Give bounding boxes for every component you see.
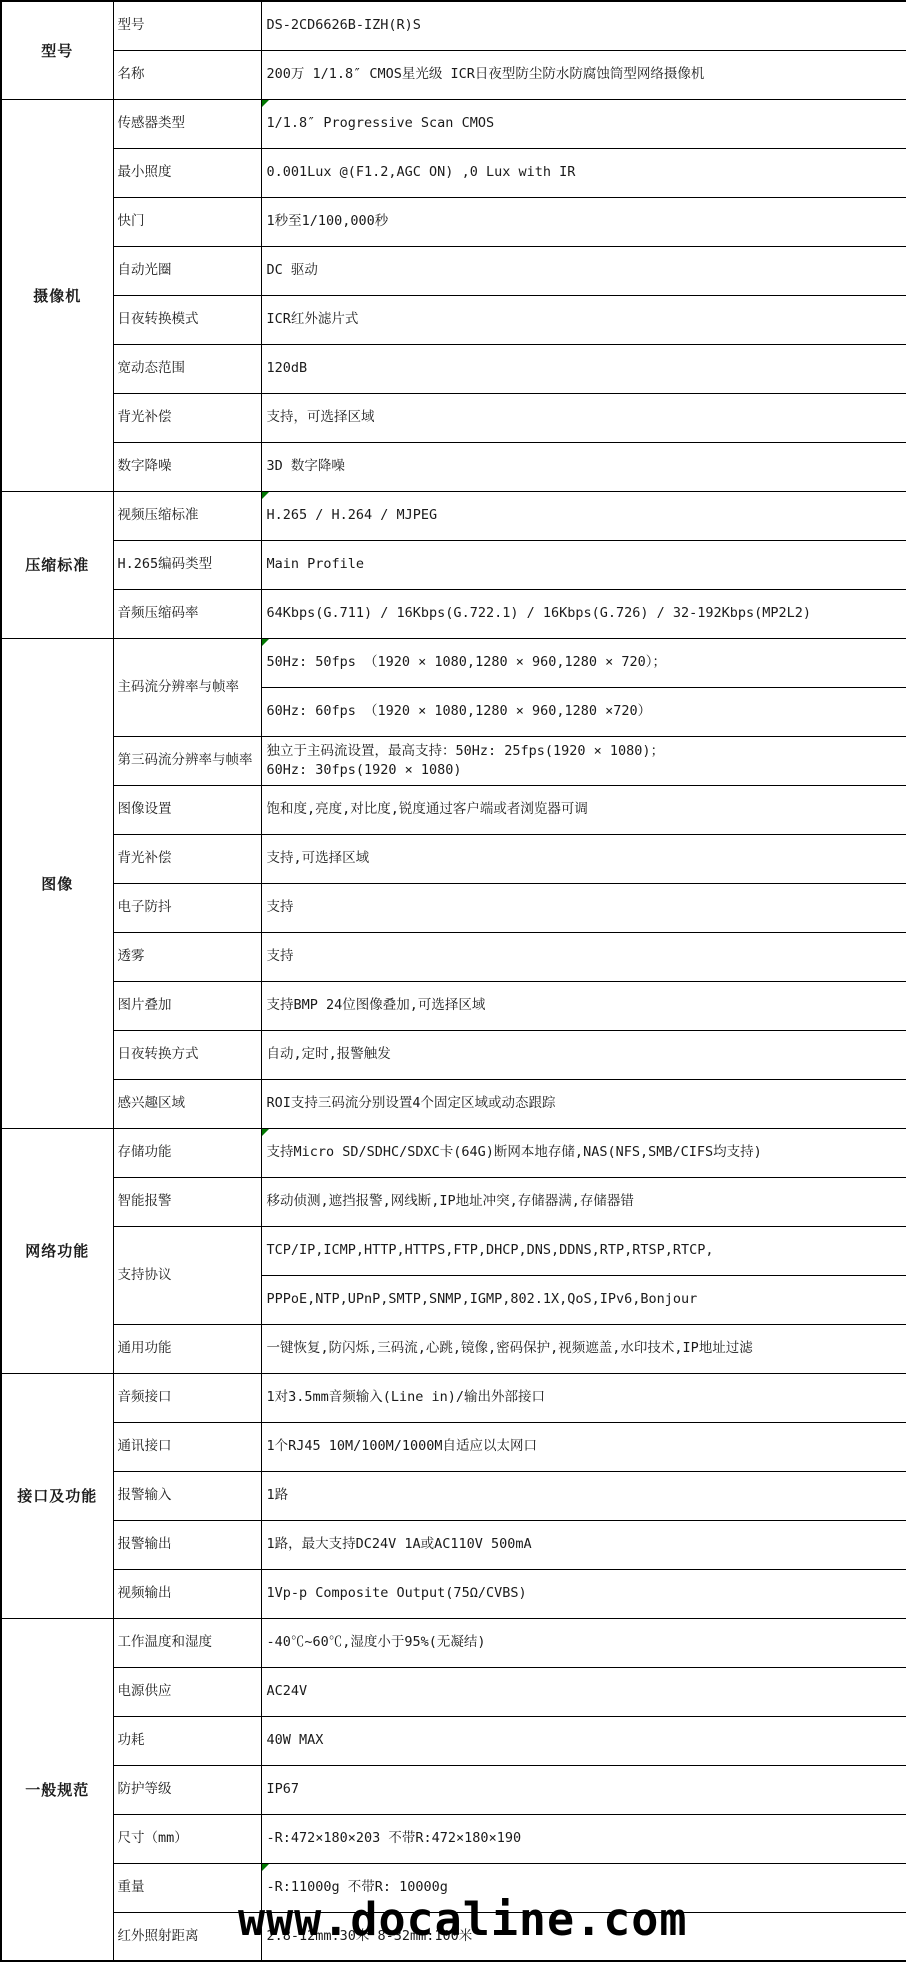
table-row: 日夜转换模式ICR红外滤片式 — [1, 295, 906, 344]
spec-value-cell: 独立于主码流设置，最高支持：50Hz: 25fps(1920 × 1080)；6… — [261, 736, 906, 785]
table-row: 尺寸（mm）-R:472×180×203 不带R:472×180×190 — [1, 1814, 906, 1863]
spec-value-text: 移动侦测,遮挡报警,网线断,IP地址冲突,存储器满,存储器错 — [267, 1192, 904, 1211]
spec-value-cell: H.265 / H.264 / MJPEG — [261, 491, 906, 540]
table-row: 压缩标准视频压缩标准H.265 / H.264 / MJPEG — [1, 491, 906, 540]
spec-value-cell: 支持 — [261, 932, 906, 981]
spec-table: 型号型号DS-2CD6626B-IZH(R)S名称200万 1/1.8″ CMO… — [0, 0, 906, 1962]
spec-category-cell: 接口及功能 — [1, 1373, 113, 1618]
spec-label-cell: 传感器类型 — [113, 99, 261, 148]
spec-value-cell: 支持 — [261, 883, 906, 932]
table-row: 接口及功能音频接口1对3.5mm音频输入(Line in)/输出外部接口 — [1, 1373, 906, 1422]
spec-value-cell: 1秒至1/100,000秒 — [261, 197, 906, 246]
spec-value-cell: 50Hz: 50fps （1920 × 1080,1280 × 960,1280… — [261, 638, 906, 687]
spec-label-cell: 自动光圈 — [113, 246, 261, 295]
spec-value-text: ICR红外滤片式 — [267, 310, 904, 329]
spec-value-text: 1/1.8″ Progressive Scan CMOS — [267, 114, 904, 133]
spec-value-cell: 1路 — [261, 1471, 906, 1520]
spec-value-text: IP67 — [267, 1780, 904, 1799]
spec-label-cell: 图片叠加 — [113, 981, 261, 1030]
spec-value-text: 1秒至1/100,000秒 — [267, 212, 904, 231]
spec-value-cell: TCP/IP,ICMP,HTTP,HTTPS,FTP,DHCP,DNS,DDNS… — [261, 1226, 906, 1275]
table-row: 电源供应AC24V — [1, 1667, 906, 1716]
spec-label-cell: 型号 — [113, 1, 261, 50]
table-row: 自动光圈DC 驱动 — [1, 246, 906, 295]
spec-value-text: ROI支持三码流分别设置4个固定区域或动态跟踪 — [267, 1094, 904, 1113]
table-row: 通讯接口1个RJ45 10M/100M/1000M自适应以太网口 — [1, 1422, 906, 1471]
spec-value-cell: 自动,定时,报警触发 — [261, 1030, 906, 1079]
spec-value-text: 1对3.5mm音频输入(Line in)/输出外部接口 — [267, 1388, 904, 1407]
spec-value-cell: 支持Micro SD/SDHC/SDXC卡(64G)断网本地存储,NAS(NFS… — [261, 1128, 906, 1177]
table-row: 宽动态范围120dB — [1, 344, 906, 393]
spec-value-text: 支持 — [267, 898, 904, 917]
table-row: 报警输出1路，最大支持DC24V 1A或AC110V 500mA — [1, 1520, 906, 1569]
table-row: 型号型号DS-2CD6626B-IZH(R)S — [1, 1, 906, 50]
spec-label-cell: 通讯接口 — [113, 1422, 261, 1471]
spec-value-text: TCP/IP,ICMP,HTTP,HTTPS,FTP,DHCP,DNS,DDNS… — [267, 1241, 904, 1260]
table-row: 报警输入1路 — [1, 1471, 906, 1520]
spec-label-cell: 日夜转换模式 — [113, 295, 261, 344]
spec-value-text: 支持Micro SD/SDHC/SDXC卡(64G)断网本地存储,NAS(NFS… — [267, 1143, 904, 1162]
table-row: 摄像机传感器类型1/1.8″ Progressive Scan CMOS — [1, 99, 906, 148]
spec-label-cell: 报警输出 — [113, 1520, 261, 1569]
spec-value-text: 支持,可选择区域 — [267, 849, 904, 868]
spec-value-cell: DS-2CD6626B-IZH(R)S — [261, 1, 906, 50]
spec-label-cell: 感兴趣区域 — [113, 1079, 261, 1128]
spec-label-cell: 透雾 — [113, 932, 261, 981]
spec-value-text: 1Vp-p Composite Output(75Ω/CVBS) — [267, 1584, 904, 1603]
spec-value-text: 60Hz: 30fps(1920 × 1080) — [267, 761, 904, 780]
spec-value-cell: 一键恢复,防闪烁,三码流,心跳,镜像,密码保护,视频遮盖,水印技术,IP地址过滤 — [261, 1324, 906, 1373]
spec-label-cell: H.265编码类型 — [113, 540, 261, 589]
spec-value-cell: -40℃~60℃,湿度小于95%(无凝结) — [261, 1618, 906, 1667]
spec-value-text: 60Hz: 60fps （1920 × 1080,1280 × 960,1280… — [267, 702, 904, 721]
spec-value-text: DS-2CD6626B-IZH(R)S — [267, 16, 904, 35]
spec-label-cell: 电源供应 — [113, 1667, 261, 1716]
spec-value-text: 200万 1/1.8″ CMOS星光级 ICR日夜型防尘防水防腐蚀筒型网络摄像机 — [267, 65, 904, 84]
spec-value-text: -R:472×180×203 不带R:472×180×190 — [267, 1829, 904, 1848]
spec-label-cell: 通用功能 — [113, 1324, 261, 1373]
spec-label-cell: 数字降噪 — [113, 442, 261, 491]
spec-value-text: 支持 — [267, 947, 904, 966]
spec-value-text: 3D 数字降噪 — [267, 457, 904, 476]
table-row: 通用功能一键恢复,防闪烁,三码流,心跳,镜像,密码保护,视频遮盖,水印技术,IP… — [1, 1324, 906, 1373]
spec-value-text: Main Profile — [267, 555, 904, 574]
spec-label-cell: 视频压缩标准 — [113, 491, 261, 540]
spec-value-text: PPPoE,NTP,UPnP,SMTP,SNMP,IGMP,802.1X,QoS… — [267, 1290, 904, 1309]
cell-comment-marker-icon — [262, 492, 269, 499]
spec-label-cell: 支持协议 — [113, 1226, 261, 1324]
spec-value-cell: 1个RJ45 10M/100M/1000M自适应以太网口 — [261, 1422, 906, 1471]
spec-category-cell: 网络功能 — [1, 1128, 113, 1373]
spec-value-cell: AC24V — [261, 1667, 906, 1716]
spec-value-cell: 1对3.5mm音频输入(Line in)/输出外部接口 — [261, 1373, 906, 1422]
table-row: 视频输出1Vp-p Composite Output(75Ω/CVBS) — [1, 1569, 906, 1618]
spec-category-cell: 压缩标准 — [1, 491, 113, 638]
spec-value-text: 64Kbps(G.711) / 16Kbps(G.722.1) / 16Kbps… — [267, 604, 904, 623]
spec-value-text: 120dB — [267, 359, 904, 378]
table-row: 防护等级IP67 — [1, 1765, 906, 1814]
table-row: 最小照度0.001Lux @(F1.2,AGC ON) ,0 Lux with … — [1, 148, 906, 197]
spec-value-text: 1路，最大支持DC24V 1A或AC110V 500mA — [267, 1535, 904, 1554]
spec-label-cell: 宽动态范围 — [113, 344, 261, 393]
table-row: 背光补偿支持，可选择区域 — [1, 393, 906, 442]
table-row: 快门1秒至1/100,000秒 — [1, 197, 906, 246]
spec-value-text: 支持BMP 24位图像叠加,可选择区域 — [267, 996, 904, 1015]
spec-label-cell: 尺寸（mm） — [113, 1814, 261, 1863]
spec-value-text: 40W MAX — [267, 1731, 904, 1750]
table-row: 透雾支持 — [1, 932, 906, 981]
spec-label-cell: 背光补偿 — [113, 834, 261, 883]
spec-label-cell: 电子防抖 — [113, 883, 261, 932]
spec-value-text: 1个RJ45 10M/100M/1000M自适应以太网口 — [267, 1437, 904, 1456]
cell-comment-marker-icon — [262, 1864, 269, 1871]
spec-value-text: 自动,定时,报警触发 — [267, 1045, 904, 1064]
spec-value-text: 0.001Lux @(F1.2,AGC ON) ,0 Lux with IR — [267, 163, 904, 182]
spec-value-cell: 3D 数字降噪 — [261, 442, 906, 491]
spec-value-cell: 支持，可选择区域 — [261, 393, 906, 442]
spec-value-cell: PPPoE,NTP,UPnP,SMTP,SNMP,IGMP,802.1X,QoS… — [261, 1275, 906, 1324]
spec-value-text: 一键恢复,防闪烁,三码流,心跳,镜像,密码保护,视频遮盖,水印技术,IP地址过滤 — [267, 1339, 904, 1358]
table-row: 音频压缩码率64Kbps(G.711) / 16Kbps(G.722.1) / … — [1, 589, 906, 638]
spec-label-cell: 主码流分辨率与帧率 — [113, 638, 261, 736]
spec-label-cell: 工作温度和湿度 — [113, 1618, 261, 1667]
spec-value-cell: ROI支持三码流分别设置4个固定区域或动态跟踪 — [261, 1079, 906, 1128]
spec-category-cell: 一般规范 — [1, 1618, 113, 1961]
table-row: 网络功能存储功能支持Micro SD/SDHC/SDXC卡(64G)断网本地存储… — [1, 1128, 906, 1177]
spec-value-cell: 支持BMP 24位图像叠加,可选择区域 — [261, 981, 906, 1030]
table-row: 功耗40W MAX — [1, 1716, 906, 1765]
spec-label-cell: 图像设置 — [113, 785, 261, 834]
spec-label-cell: 视频输出 — [113, 1569, 261, 1618]
cell-comment-marker-icon — [262, 1129, 269, 1136]
spec-value-cell: IP67 — [261, 1765, 906, 1814]
spec-value-text: 50Hz: 50fps （1920 × 1080,1280 × 960,1280… — [267, 653, 904, 672]
spec-value-cell: 40W MAX — [261, 1716, 906, 1765]
spec-value-cell: 1路，最大支持DC24V 1A或AC110V 500mA — [261, 1520, 906, 1569]
table-row: 智能报警移动侦测,遮挡报警,网线断,IP地址冲突,存储器满,存储器错 — [1, 1177, 906, 1226]
spec-value-cell: 支持,可选择区域 — [261, 834, 906, 883]
spec-value-cell: DC 驱动 — [261, 246, 906, 295]
spec-category-cell: 摄像机 — [1, 99, 113, 491]
spec-label-cell: 存储功能 — [113, 1128, 261, 1177]
spec-value-text: 支持，可选择区域 — [267, 408, 904, 427]
table-row: 电子防抖支持 — [1, 883, 906, 932]
spec-value-cell: 饱和度,亮度,对比度,锐度通过客户端或者浏览器可调 — [261, 785, 906, 834]
spec-label-cell: 报警输入 — [113, 1471, 261, 1520]
spec-value-text: -40℃~60℃,湿度小于95%(无凝结) — [267, 1633, 904, 1652]
spec-label-cell: 第三码流分辨率与帧率 — [113, 736, 261, 785]
table-row: 名称200万 1/1.8″ CMOS星光级 ICR日夜型防尘防水防腐蚀筒型网络摄… — [1, 50, 906, 99]
spec-value-text: DC 驱动 — [267, 261, 904, 280]
spec-label-cell: 音频压缩码率 — [113, 589, 261, 638]
spec-label-cell: 智能报警 — [113, 1177, 261, 1226]
spec-category-cell: 图像 — [1, 638, 113, 1128]
table-row: 数字降噪3D 数字降噪 — [1, 442, 906, 491]
spec-label-cell: 名称 — [113, 50, 261, 99]
spec-value-text: H.265 / H.264 / MJPEG — [267, 506, 904, 525]
spec-value-cell: 1/1.8″ Progressive Scan CMOS — [261, 99, 906, 148]
table-row: 日夜转换方式自动,定时,报警触发 — [1, 1030, 906, 1079]
spec-value-cell: -R:472×180×203 不带R:472×180×190 — [261, 1814, 906, 1863]
table-row: 图像设置饱和度,亮度,对比度,锐度通过客户端或者浏览器可调 — [1, 785, 906, 834]
spec-label-cell: 音频接口 — [113, 1373, 261, 1422]
table-row: 背光补偿支持,可选择区域 — [1, 834, 906, 883]
spec-label-cell: 日夜转换方式 — [113, 1030, 261, 1079]
spec-value-cell: 200万 1/1.8″ CMOS星光级 ICR日夜型防尘防水防腐蚀筒型网络摄像机 — [261, 50, 906, 99]
spec-value-text: 饱和度,亮度,对比度,锐度通过客户端或者浏览器可调 — [267, 800, 904, 819]
table-row: 图像主码流分辨率与帧率50Hz: 50fps （1920 × 1080,1280… — [1, 638, 906, 687]
cell-comment-marker-icon — [262, 100, 269, 107]
table-row: H.265编码类型Main Profile — [1, 540, 906, 589]
spec-label-cell: 快门 — [113, 197, 261, 246]
table-row: 支持协议TCP/IP,ICMP,HTTP,HTTPS,FTP,DHCP,DNS,… — [1, 1226, 906, 1275]
table-row: 感兴趣区域ROI支持三码流分别设置4个固定区域或动态跟踪 — [1, 1079, 906, 1128]
spec-value-cell: 0.001Lux @(F1.2,AGC ON) ,0 Lux with IR — [261, 148, 906, 197]
table-row: 图片叠加支持BMP 24位图像叠加,可选择区域 — [1, 981, 906, 1030]
spec-label-cell: 功耗 — [113, 1716, 261, 1765]
spec-label-cell: 防护等级 — [113, 1765, 261, 1814]
table-row: 一般规范工作温度和湿度-40℃~60℃,湿度小于95%(无凝结) — [1, 1618, 906, 1667]
spec-value-cell: Main Profile — [261, 540, 906, 589]
spec-value-text: 独立于主码流设置，最高支持：50Hz: 25fps(1920 × 1080)； — [267, 742, 904, 761]
watermark: www.docaline.com — [238, 1893, 687, 1946]
spec-value-cell: 1Vp-p Composite Output(75Ω/CVBS) — [261, 1569, 906, 1618]
spec-category-cell: 型号 — [1, 1, 113, 99]
spec-table-body: 型号型号DS-2CD6626B-IZH(R)S名称200万 1/1.8″ CMO… — [1, 1, 906, 1961]
table-row: 第三码流分辨率与帧率独立于主码流设置，最高支持：50Hz: 25fps(1920… — [1, 736, 906, 785]
spec-value-cell: 64Kbps(G.711) / 16Kbps(G.722.1) / 16Kbps… — [261, 589, 906, 638]
spec-value-cell: 移动侦测,遮挡报警,网线断,IP地址冲突,存储器满,存储器错 — [261, 1177, 906, 1226]
spec-value-cell: 120dB — [261, 344, 906, 393]
spec-label-cell: 最小照度 — [113, 148, 261, 197]
spec-value-text: AC24V — [267, 1682, 904, 1701]
spec-value-text: 1路 — [267, 1486, 904, 1505]
spec-label-cell: 背光补偿 — [113, 393, 261, 442]
cell-comment-marker-icon — [262, 639, 269, 646]
spec-value-cell: 60Hz: 60fps （1920 × 1080,1280 × 960,1280… — [261, 687, 906, 736]
spec-value-cell: ICR红外滤片式 — [261, 295, 906, 344]
